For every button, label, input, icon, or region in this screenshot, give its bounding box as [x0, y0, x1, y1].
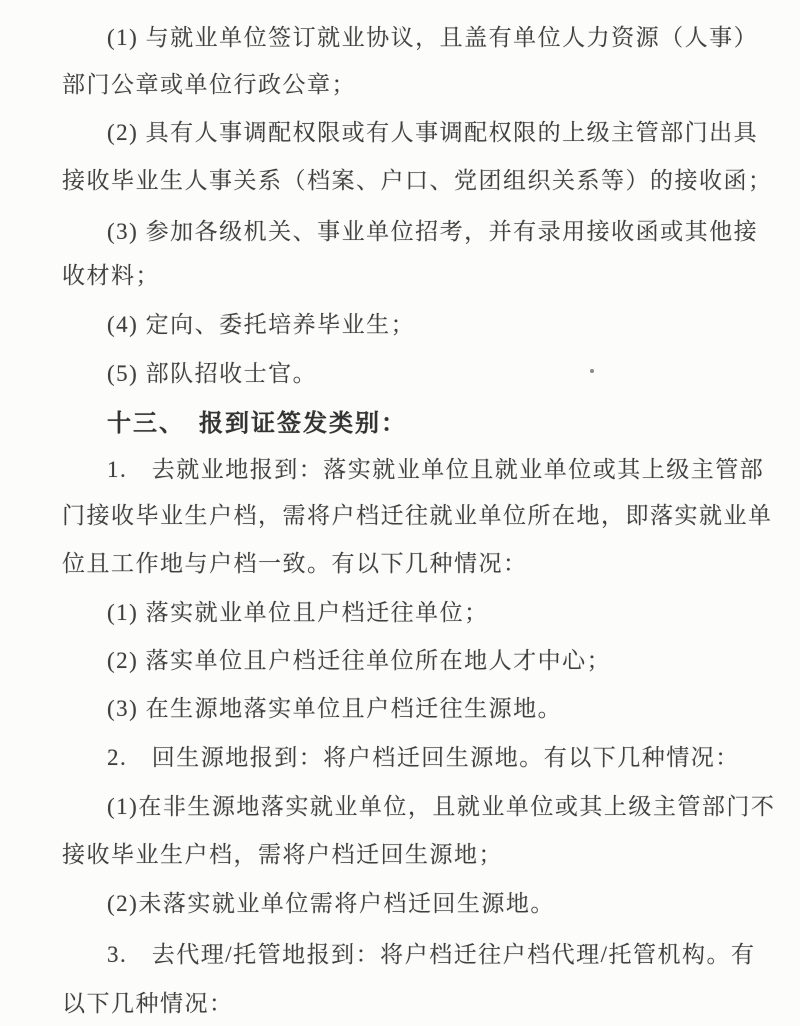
text-line-item4: (4) 定向、委托培养毕业生；: [107, 311, 767, 340]
text-line-item1-cont: 部门公章或单位行政公章；: [62, 71, 762, 100]
text-line-point2-case1: (1)在非生源地落实就业单位，且就业单位或其上级主管部门不: [107, 793, 767, 822]
section-heading: 十三、 报到证签发类别：: [107, 409, 767, 439]
text-line-point3-cont: 以下几种情况：: [62, 990, 762, 1019]
text-line-item3: (3) 参加各级机关、事业单位招考，并有录用接收函或其他接: [107, 218, 767, 247]
text-line-item2-cont: 接收毕业生人事关系（档案、户口、党团组织关系等）的接收函；: [62, 167, 762, 196]
text-line-point2-case2: (2)未落实就业单位需将户档迁回生源地。: [107, 890, 767, 919]
text-line-point1-cont1: 门接收毕业生户档，需将户档迁往就业单位所在地，即落实就业单: [62, 502, 762, 531]
text-line-point2: 2. 回生源地报到：将户档迁回生源地。有以下几种情况：: [107, 744, 767, 773]
text-line-item5: (5) 部队招收士官。: [107, 360, 767, 389]
text-line-item3-cont: 收材料；: [62, 262, 762, 291]
text-line-case2: (2) 落实单位且户档迁往单位所在地人才中心；: [107, 647, 767, 676]
document-page: (1) 与就业单位签订就业协议，且盖有单位人力资源（人事） 部门公章或单位行政公…: [0, 0, 800, 1026]
text-line-point1-cont2: 位且工作地与户档一致。有以下几种情况：: [62, 550, 762, 579]
text-line-item2: (2) 具有人事调配权限或有人事调配权限的上级主管部门出具: [107, 119, 767, 148]
text-line-case3: (3) 在生源地落实单位且户档迁往生源地。: [107, 695, 767, 724]
text-line-point2-cont: 接收毕业生户档，需将户档迁回生源地；: [62, 841, 762, 870]
scan-artifact-dot: [590, 369, 594, 373]
text-line-point1: 1. 去就业地报到：落实就业单位且就业单位或其上级主管部: [107, 456, 767, 485]
text-line-case1: (1) 落实就业单位且户档迁往单位；: [107, 599, 767, 628]
text-line-item1: (1) 与就业单位签订就业协议，且盖有单位人力资源（人事）: [107, 24, 767, 53]
text-line-point3: 3. 去代理/托管地报到：将户档迁往户档代理/托管机构。有: [107, 941, 767, 970]
